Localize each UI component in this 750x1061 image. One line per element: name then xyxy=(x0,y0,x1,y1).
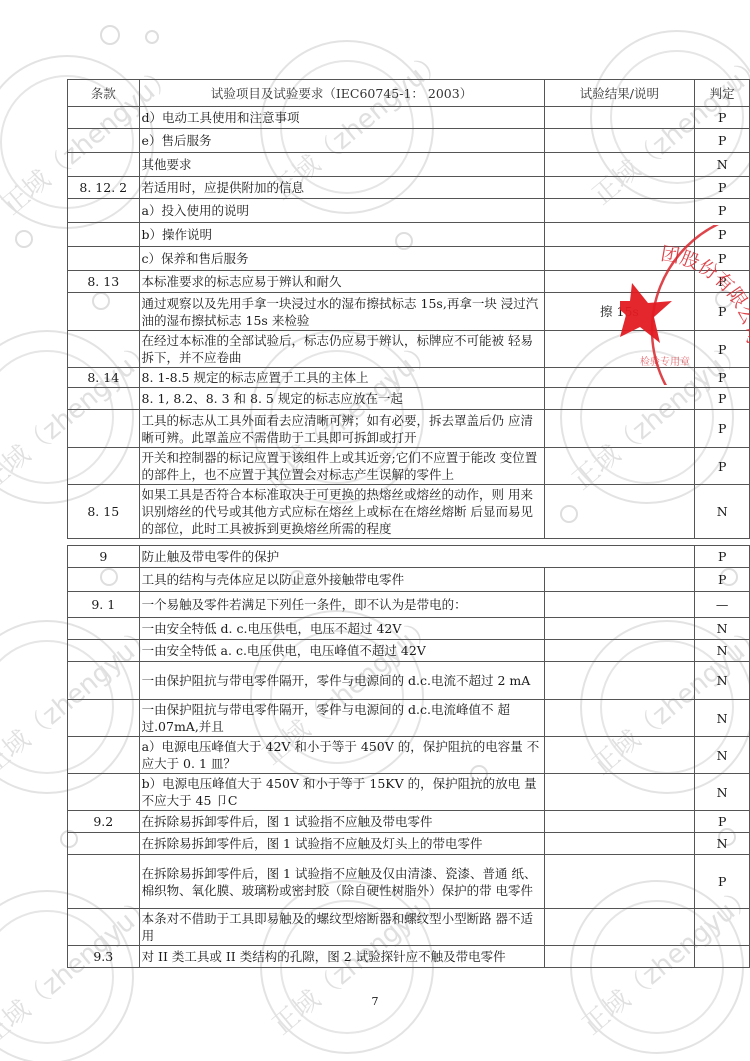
watermark-dot xyxy=(100,25,120,45)
table-row: e）售后服务 P xyxy=(68,129,750,153)
cell-item: 如果工具是否符合本标准取决于可更换的热熔丝或熔丝的动作，则 用来识别熔丝的代号或… xyxy=(139,485,544,539)
cell-item: 一由保护阻抗与带电零件隔开，零件与电源间的 d.c.电流峰值不 超过.07mA,… xyxy=(139,700,544,737)
cell-result xyxy=(544,592,695,618)
table-row: a）投入使用的说明 P xyxy=(68,199,750,223)
cell-result xyxy=(544,410,695,448)
cell-verdict: N xyxy=(695,640,750,662)
cell-clause xyxy=(68,618,140,640)
cell-verdict: P xyxy=(695,388,750,410)
table-row: b）电源电压峰值大于 450V 和小于等于 15KV 的，保护阻抗的放电 量不应… xyxy=(68,774,750,811)
cell-verdict: P xyxy=(695,199,750,223)
cell-clause xyxy=(68,293,140,331)
cell-item: 8. 1, 8.2、8. 3 和 8. 5 规定的标志应放在一起 xyxy=(139,388,544,410)
cell-result xyxy=(544,909,695,946)
cell-result xyxy=(544,811,695,833)
header-item: 试验项目及试验要求（IEC60745-1： 2003） xyxy=(139,80,544,107)
cell-clause: 8. 15 xyxy=(68,485,140,539)
cell-item: 在拆除易拆卸零件后，图 1 试验指不应触及带电零件 xyxy=(139,811,544,833)
cell-result xyxy=(544,640,695,662)
cell-result xyxy=(544,368,695,388)
cell-verdict: N xyxy=(695,700,750,737)
cell-clause xyxy=(68,129,140,153)
table-row: 一由安全特低 d. c.电压供电，电压不超过 42V N xyxy=(68,618,750,640)
cell-result xyxy=(544,331,695,368)
table-row: c）保养和售后服务 P xyxy=(68,247,750,271)
section-title: 防止触及带电零件的保护 xyxy=(139,546,695,568)
cell-item: 工具的结构与壳体应足以防止意外接触带电零件 xyxy=(139,568,544,592)
cell-clause xyxy=(68,223,140,247)
cell-clause: 9 xyxy=(68,546,140,568)
cell-item: 一个易触及零件若满足下列任一条件，即不认为是带电的： xyxy=(139,592,544,618)
cell-clause xyxy=(68,833,140,855)
cell-clause xyxy=(68,568,140,592)
cell-clause xyxy=(68,107,140,129)
cell-clause xyxy=(68,448,140,485)
cell-verdict xyxy=(695,909,750,946)
cell-clause xyxy=(68,153,140,177)
cell-verdict: P xyxy=(695,410,750,448)
cell-verdict: P xyxy=(695,368,750,388)
cell-item: 在拆除易拆卸零件后，图 1 试验指不应触及灯头上的带电零件 xyxy=(139,833,544,855)
cell-result xyxy=(544,153,695,177)
table-row: 9.3 对 II 类工具或 II 类结构的孔隙，图 2 试验探针应不触及带电零件 xyxy=(68,946,750,968)
table-row: 在拆除易拆卸零件后，图 1 试验指不应触及灯头上的带电零件 N xyxy=(68,833,750,855)
cell-verdict: — xyxy=(695,592,750,618)
cell-item: 一由安全特低 a. c.电压供电，电压峰值不超过 42V xyxy=(139,640,544,662)
cell-result xyxy=(544,946,695,968)
cell-item: 8. 1-8.5 规定的标志应置于工具的主体上 xyxy=(139,368,544,388)
cell-verdict: P xyxy=(695,129,750,153)
cell-result xyxy=(544,485,695,539)
cell-result xyxy=(544,129,695,153)
cell-clause: 9.3 xyxy=(68,946,140,968)
cell-result xyxy=(544,199,695,223)
table-row: 8. 14 8. 1-8.5 规定的标志应置于工具的主体上 P xyxy=(68,368,750,388)
cell-result xyxy=(544,662,695,700)
cell-verdict: P xyxy=(695,568,750,592)
cell-result xyxy=(544,388,695,410)
cell-item: 开关和控制器的标记应置于该组件上或其近旁;它们不应置于能改 变位置的部件上，也不… xyxy=(139,448,544,485)
page-number: 7 xyxy=(0,995,750,1008)
table-row: 8. 15 如果工具是否符合本标准取决于可更换的热熔丝或熔丝的动作，则 用来识别… xyxy=(68,485,750,539)
table-row: d）电动工具使用和注意事项 P xyxy=(68,107,750,129)
cell-verdict: P xyxy=(695,107,750,129)
table-row: 工具的结构与壳体应足以防止意外接触带电零件 P xyxy=(68,568,750,592)
cell-item: 工具的标志从工具外面看去应清晰可辨；如有必要，拆去罩盖后仍 应清晰可辨。此罩盖应… xyxy=(139,410,544,448)
table-row: 本条对不借助于工具即易触及的螺纹型熔断器和螺纹型小型断路 器不适用 xyxy=(68,909,750,946)
cell-verdict: P xyxy=(695,177,750,199)
cell-item: 对 II 类工具或 II 类结构的孔隙，图 2 试验探针应不触及带电零件 xyxy=(139,946,544,968)
cell-result: 擦 15s xyxy=(544,293,695,331)
cell-result xyxy=(544,618,695,640)
header-verdict: 判定 xyxy=(695,80,750,107)
cell-verdict: P xyxy=(695,271,750,293)
table-row: 8. 1, 8.2、8. 3 和 8. 5 规定的标志应放在一起 P xyxy=(68,388,750,410)
table-row: 其他要求 N xyxy=(68,153,750,177)
cell-clause xyxy=(68,909,140,946)
watermark-dot xyxy=(15,230,33,248)
cell-verdict: P xyxy=(695,293,750,331)
cell-clause: 9. 1 xyxy=(68,592,140,618)
cell-clause xyxy=(68,388,140,410)
cell-item: b）电源电压峰值大于 450V 和小于等于 15KV 的，保护阻抗的放电 量不应… xyxy=(139,774,544,811)
table-row: 9. 1 一个易触及零件若满足下列任一条件，即不认为是带电的： — xyxy=(68,592,750,618)
cell-verdict: P xyxy=(695,546,750,568)
table-row: 9.2 在拆除易拆卸零件后，图 1 试验指不应触及带电零件 P xyxy=(68,811,750,833)
cell-item: 本条对不借助于工具即易触及的螺纹型熔断器和螺纹型小型断路 器不适用 xyxy=(139,909,544,946)
cell-result xyxy=(544,177,695,199)
cell-item: a）电源电压峰值大于 42V 和小于等于 450V 的，保护阻抗的电容量 不应大… xyxy=(139,737,544,774)
header-result: 试验结果/说明 xyxy=(544,80,695,107)
cell-item: 一由安全特低 d. c.电压供电，电压不超过 42V xyxy=(139,618,544,640)
cell-clause xyxy=(68,640,140,662)
cell-clause xyxy=(68,700,140,737)
cell-clause: 9.2 xyxy=(68,811,140,833)
cell-item: 一由保护阻抗与带电零件隔开，零件与电源间的 d.c.电流不超过 2 mA xyxy=(139,662,544,700)
cell-result xyxy=(544,833,695,855)
cell-item: c）保养和售后服务 xyxy=(139,247,544,271)
cell-result xyxy=(544,568,695,592)
cell-clause xyxy=(68,662,140,700)
cell-clause xyxy=(68,855,140,909)
cell-clause: 8. 13 xyxy=(68,271,140,293)
cell-item: 在经过本标准的全部试验后，标志仍应易于辨认，标牌应不可能被 轻易拆下，并不应卷曲 xyxy=(139,331,544,368)
cell-item: a）投入使用的说明 xyxy=(139,199,544,223)
watermark-dot xyxy=(145,30,159,44)
cell-result xyxy=(544,247,695,271)
cell-clause xyxy=(68,247,140,271)
table-row: 开关和控制器的标记应置于该组件上或其近旁;它们不应置于能改 变位置的部件上，也不… xyxy=(68,448,750,485)
cell-verdict: N xyxy=(695,737,750,774)
cell-item: d）电动工具使用和注意事项 xyxy=(139,107,544,129)
table-row: 8. 12. 2 若适用时，应提供附加的信息 P xyxy=(68,177,750,199)
table-row: 在拆除易拆卸零件后，图 1 试验指不应触及仅由清漆、瓷漆、普通 纸、棉织物、氧化… xyxy=(68,855,750,909)
cell-item: 本标准要求的标志应易于辨认和耐久 xyxy=(139,271,544,293)
cell-result xyxy=(544,271,695,293)
table-row: 通过观察以及先用手拿一块浸过水的湿布擦拭标志 15s,再拿一块 浸过汽油的湿布擦… xyxy=(68,293,750,331)
cell-result xyxy=(544,737,695,774)
cell-verdict xyxy=(695,946,750,968)
test-results-table-2: 9 防止触及带电零件的保护 P 工具的结构与壳体应足以防止意外接触带电零件 P … xyxy=(67,545,750,968)
cell-verdict: P xyxy=(695,331,750,368)
table-header-row: 条款 试验项目及试验要求（IEC60745-1： 2003） 试验结果/说明 判… xyxy=(68,80,750,107)
header-clause: 条款 xyxy=(68,80,140,107)
cell-result xyxy=(544,223,695,247)
cell-clause: 8. 14 xyxy=(68,368,140,388)
cell-result xyxy=(544,774,695,811)
cell-verdict: P xyxy=(695,855,750,909)
table-row: 一由保护阻抗与带电零件隔开，零件与电源间的 d.c.电流不超过 2 mA N xyxy=(68,662,750,700)
cell-item: 在拆除易拆卸零件后，图 1 试验指不应触及仅由清漆、瓷漆、普通 纸、棉织物、氧化… xyxy=(139,855,544,909)
cell-item: b）操作说明 xyxy=(139,223,544,247)
section-row: 9 防止触及带电零件的保护 P xyxy=(68,546,750,568)
table-row: 一由保护阻抗与带电零件隔开，零件与电源间的 d.c.电流峰值不 超过.07mA,… xyxy=(68,700,750,737)
cell-verdict: P xyxy=(695,448,750,485)
cell-result xyxy=(544,448,695,485)
cell-result xyxy=(544,855,695,909)
cell-clause xyxy=(68,737,140,774)
cell-verdict: P xyxy=(695,223,750,247)
cell-verdict: P xyxy=(695,811,750,833)
table-row: b）操作说明 P xyxy=(68,223,750,247)
test-results-table-1: 条款 试验项目及试验要求（IEC60745-1： 2003） 试验结果/说明 判… xyxy=(67,79,750,539)
table-row: 在经过本标准的全部试验后，标志仍应易于辨认，标牌应不可能被 轻易拆下，并不应卷曲… xyxy=(68,331,750,368)
cell-verdict: N xyxy=(695,774,750,811)
table-row: 工具的标志从工具外面看去应清晰可辨；如有必要，拆去罩盖后仍 应清晰可辨。此罩盖应… xyxy=(68,410,750,448)
cell-clause: 8. 12. 2 xyxy=(68,177,140,199)
cell-verdict: N xyxy=(695,662,750,700)
cell-item: e）售后服务 xyxy=(139,129,544,153)
cell-verdict: N xyxy=(695,153,750,177)
cell-result xyxy=(544,700,695,737)
cell-item: 若适用时，应提供附加的信息 xyxy=(139,177,544,199)
cell-result xyxy=(544,107,695,129)
cell-verdict: N xyxy=(695,485,750,539)
cell-clause xyxy=(68,774,140,811)
cell-clause xyxy=(68,199,140,223)
cell-verdict: P xyxy=(695,247,750,271)
cell-verdict: N xyxy=(695,833,750,855)
table-row: a）电源电压峰值大于 42V 和小于等于 450V 的，保护阻抗的电容量 不应大… xyxy=(68,737,750,774)
cell-verdict: N xyxy=(695,618,750,640)
table-row: 8. 13 本标准要求的标志应易于辨认和耐久 P xyxy=(68,271,750,293)
cell-clause xyxy=(68,410,140,448)
table-row: 一由安全特低 a. c.电压供电，电压峰值不超过 42V N xyxy=(68,640,750,662)
cell-item: 通过观察以及先用手拿一块浸过水的湿布擦拭标志 15s,再拿一块 浸过汽油的湿布擦… xyxy=(139,293,544,331)
cell-item: 其他要求 xyxy=(139,153,544,177)
cell-clause xyxy=(68,331,140,368)
